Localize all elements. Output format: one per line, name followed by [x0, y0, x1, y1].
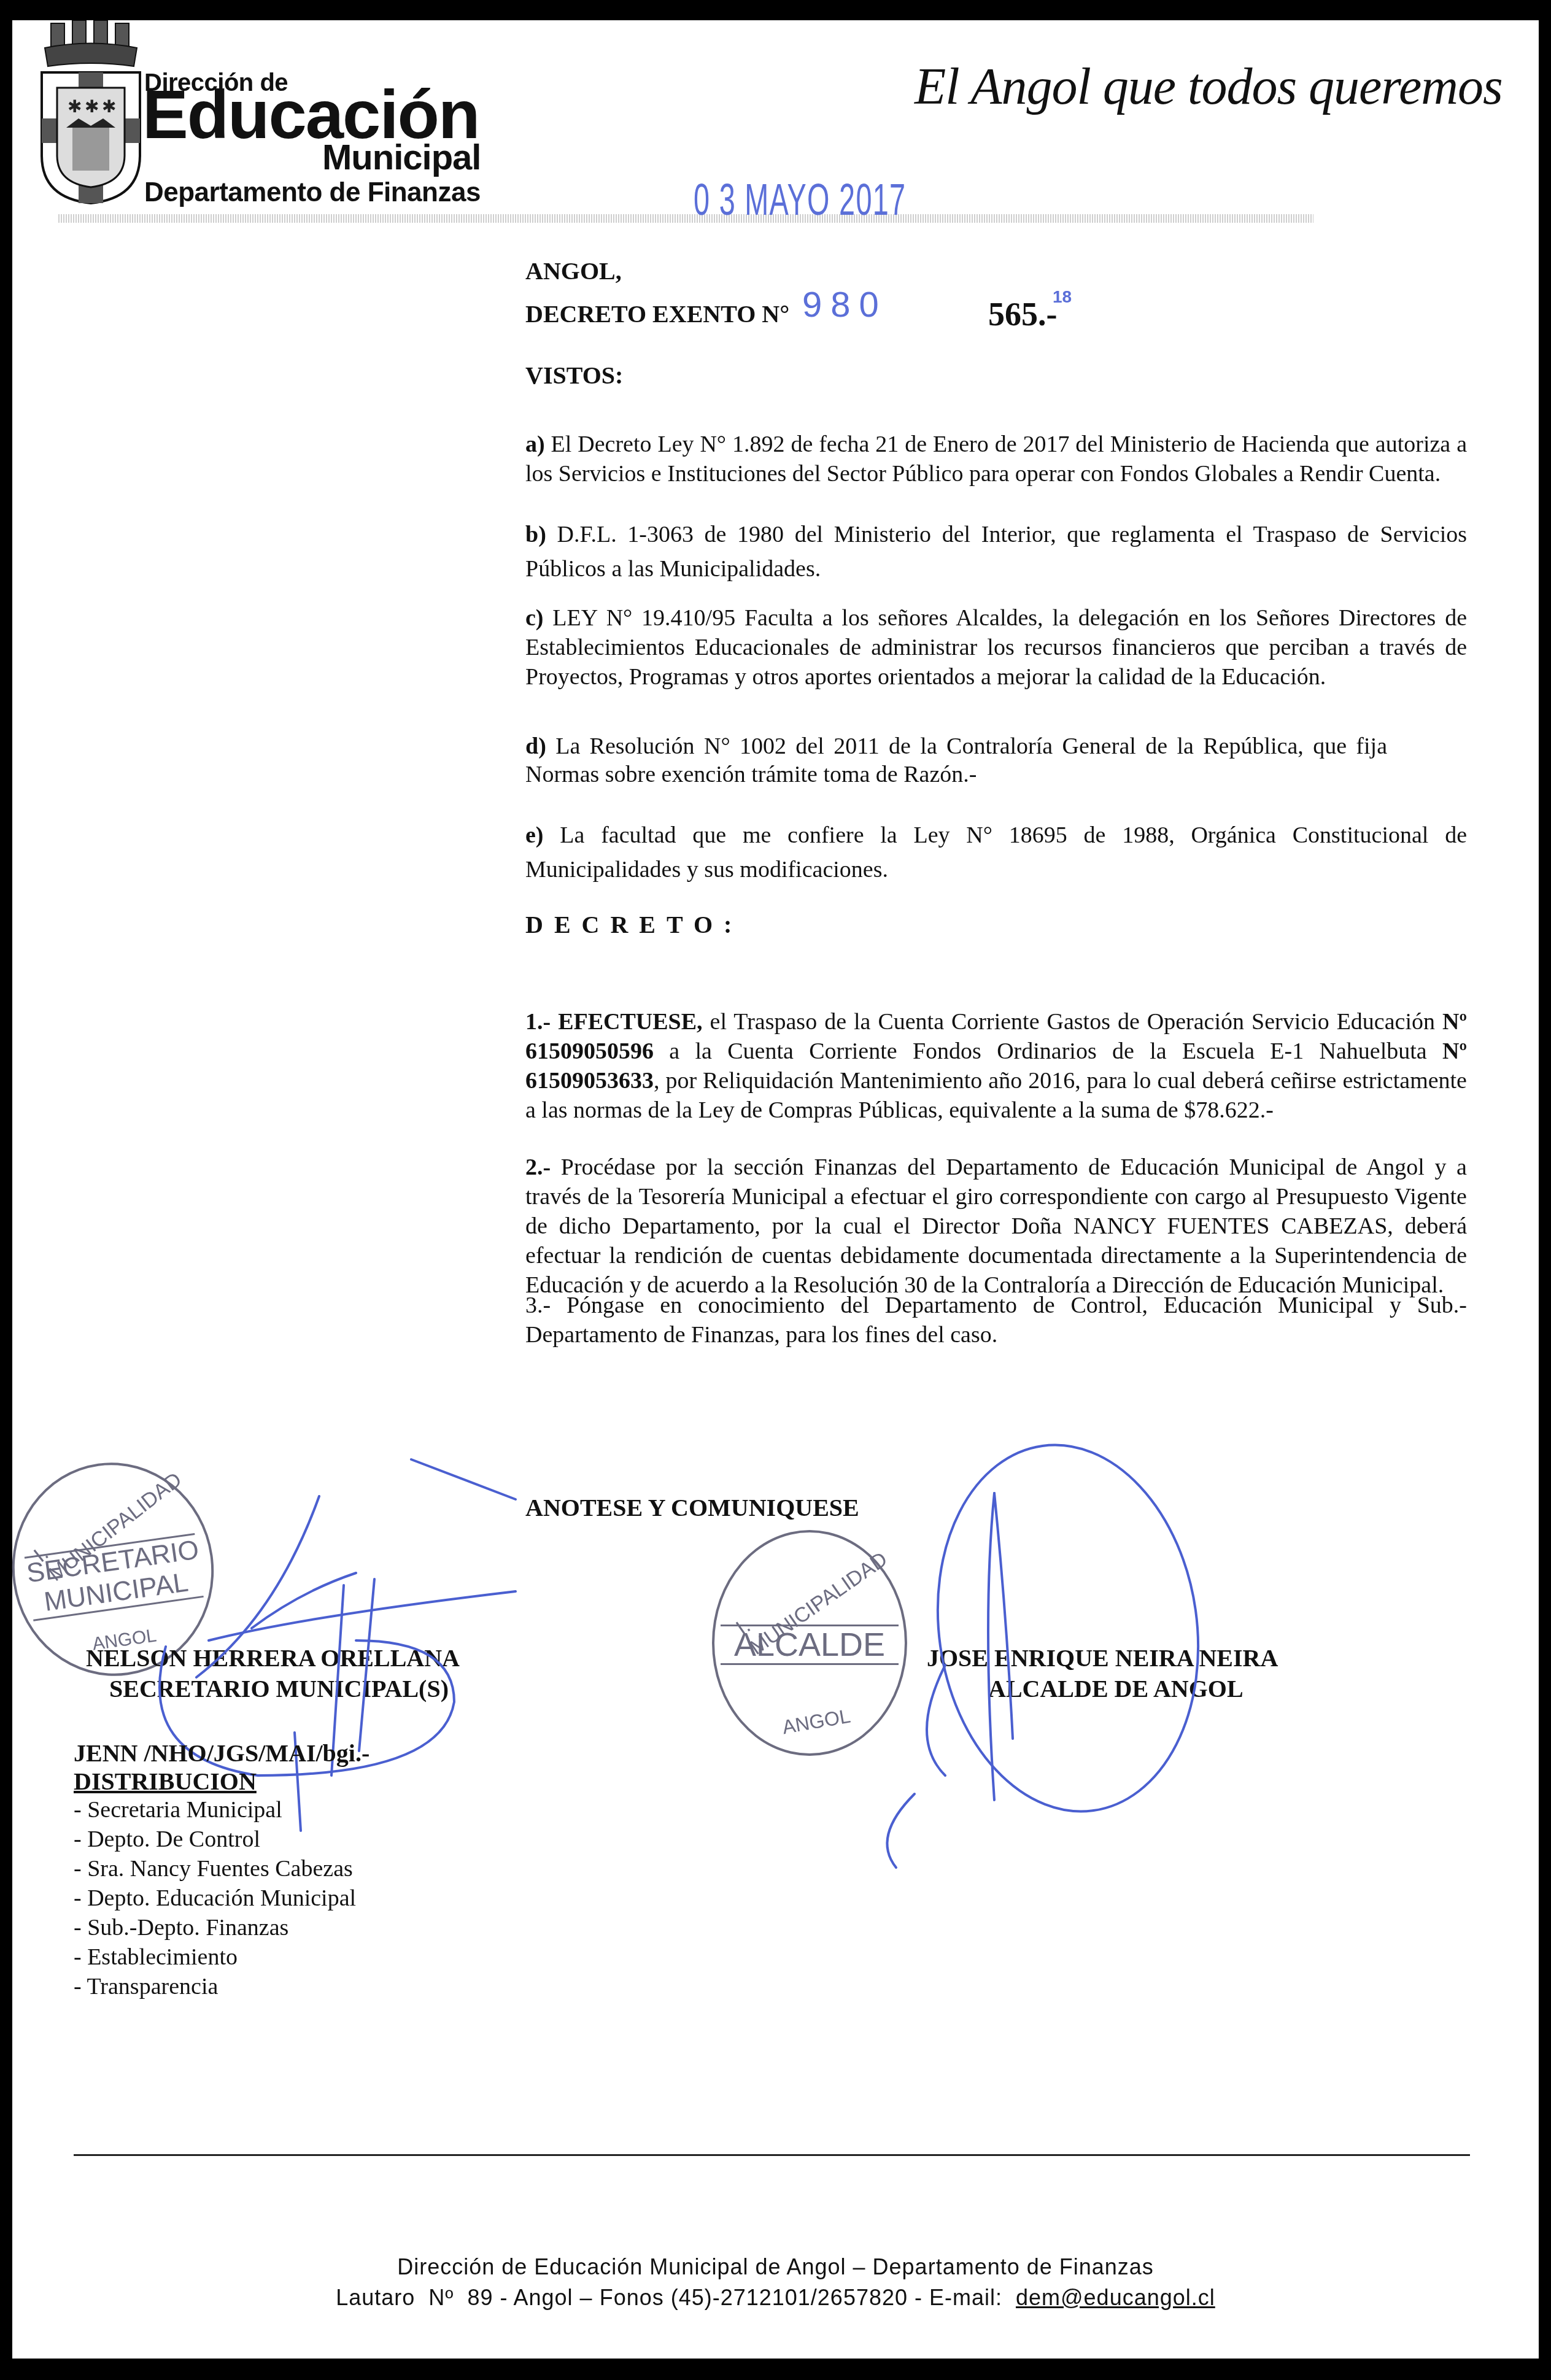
- svg-text:✱: ✱: [102, 96, 116, 117]
- footer-divider: [74, 2154, 1470, 2156]
- visto-text: La Resolución N° 1002 del 2011 de la Con…: [525, 733, 1387, 787]
- mayor-seal: I. MUNICIPALIDAD ALCALDE ANGOL: [712, 1530, 907, 1756]
- visto-a: a) El Decreto Ley N° 1.892 de fecha 21 d…: [74, 430, 1467, 489]
- article-number: 1.-: [525, 1009, 551, 1035]
- article-number: 2.-: [525, 1154, 551, 1180]
- decree-label: DECRETO EXENTO N°: [525, 299, 789, 328]
- decreto-heading: DECRETO:: [525, 910, 743, 939]
- svg-text:✱: ✱: [68, 96, 82, 117]
- visto-d: d) La Resolución N° 1002 del 2011 de la …: [74, 732, 1467, 789]
- visto-letter: e): [525, 822, 544, 848]
- place-line: ANGOL,: [525, 257, 622, 285]
- visto-text: La facultad que me confiere la Ley N° 18…: [525, 822, 1467, 883]
- distribution-item: - Transparencia: [74, 1972, 356, 2001]
- visto-e: e) La facultad que me confiere la Ley N°…: [74, 818, 1467, 887]
- header-municipal-line: Municipal: [322, 137, 481, 178]
- secretary-role: SECRETARIO MUNICIPAL(S): [109, 1674, 449, 1703]
- header-slogan: El Angol que todos queremos: [915, 57, 1503, 117]
- article-2: 2.- Procédase por la sección Finanzas de…: [74, 1153, 1467, 1300]
- distribution-item: - Depto. Educación Municipal: [74, 1884, 356, 1913]
- visto-text: El Decreto Ley N° 1.892 de fecha 21 de E…: [525, 431, 1467, 487]
- footer-email-link[interactable]: dem@educangol.cl: [1016, 2285, 1215, 2310]
- header-divider: [58, 214, 1313, 223]
- header-department-line: Departamento de Finanzas: [144, 177, 481, 208]
- article-number: 3.-: [525, 1292, 551, 1318]
- article-text: Procédase por la sección Finanzas del De…: [525, 1154, 1467, 1298]
- seal-bottom-text: ANGOL: [781, 1705, 853, 1739]
- visto-letter: c): [525, 605, 544, 631]
- distribution-item: - Establecimiento: [74, 1942, 356, 1972]
- article-3: 3.- Póngase en conocimiento del Departam…: [74, 1291, 1467, 1350]
- vistos-heading: VISTOS:: [525, 361, 623, 390]
- article-keyword: EFECTUESE,: [558, 1009, 702, 1035]
- distribution-heading: DISTRIBUCION: [74, 1767, 257, 1796]
- received-date-stamp: 0 3 MAYO 2017: [694, 175, 906, 225]
- footer-contact: Lautaro Nº 89 - Angol – Fonos (45)-27121…: [12, 2285, 1539, 2311]
- footer-address: Lautaro Nº 89 - Angol – Fonos (45)-27121…: [336, 2285, 1016, 2310]
- distribution-item: - Sra. Nancy Fuentes Cabezas: [74, 1854, 356, 1884]
- seal-middle-text: ALCALDE: [721, 1625, 899, 1665]
- distribution-item: - Depto. De Control: [74, 1825, 356, 1854]
- article-text: Póngase en conocimiento del Departamento…: [525, 1292, 1467, 1348]
- closing-line: ANOTESE Y COMUNIQUESE: [525, 1493, 859, 1522]
- coat-of-arms-icon: ✱ ✱ ✱: [29, 20, 152, 204]
- svg-text:✱: ✱: [85, 96, 99, 117]
- visto-letter: d): [525, 733, 546, 759]
- visto-letter: a): [525, 431, 545, 457]
- mayor-role: ALCALDE DE ANGOL: [988, 1674, 1244, 1703]
- article-text: a la Cuenta Corriente Fondos Ordinarios …: [654, 1038, 1442, 1064]
- document-page: ✱ ✱ ✱ Dirección de Educación Municipal D…: [12, 20, 1539, 2359]
- decree-number-suffix-stamp: 18: [1053, 287, 1072, 307]
- article-text: , por Reliquidación Mantenimiento año 20…: [525, 1068, 1467, 1123]
- reference-initials: JENN /NHO/JGS/MAI/bgi.-: [74, 1739, 369, 1768]
- visto-letter: b): [525, 522, 546, 547]
- visto-text: LEY N° 19.410/95 Faculta a los señores A…: [525, 605, 1467, 690]
- visto-text: D.F.L. 1-3063 de 1980 del Ministerio del…: [525, 522, 1467, 582]
- distribution-item: - Sub.-Depto. Finanzas: [74, 1913, 356, 1942]
- article-1: 1.- EFECTUESE, el Traspaso de la Cuenta …: [74, 1007, 1467, 1125]
- visto-c: c) LEY N° 19.410/95 Faculta a los señore…: [74, 603, 1467, 692]
- distribution-list: - Secretaria Municipal - Depto. De Contr…: [74, 1795, 356, 2001]
- distribution-item: - Secretaria Municipal: [74, 1795, 356, 1825]
- visto-b: b) D.F.L. 1-3063 de 1980 del Ministerio …: [74, 517, 1467, 586]
- article-text: el Traspaso de la Cuenta Corriente Gasto…: [703, 1009, 1442, 1035]
- decree-number: 565.-: [988, 295, 1057, 333]
- mayor-name: JOSE ENRIQUE NEIRA NEIRA: [927, 1644, 1278, 1672]
- footer-organization: Dirección de Educación Municipal de Ango…: [12, 2254, 1539, 2280]
- secretary-name: NELSON HERRERA ORELLANA: [86, 1644, 460, 1672]
- received-number-stamp: 980: [802, 284, 888, 325]
